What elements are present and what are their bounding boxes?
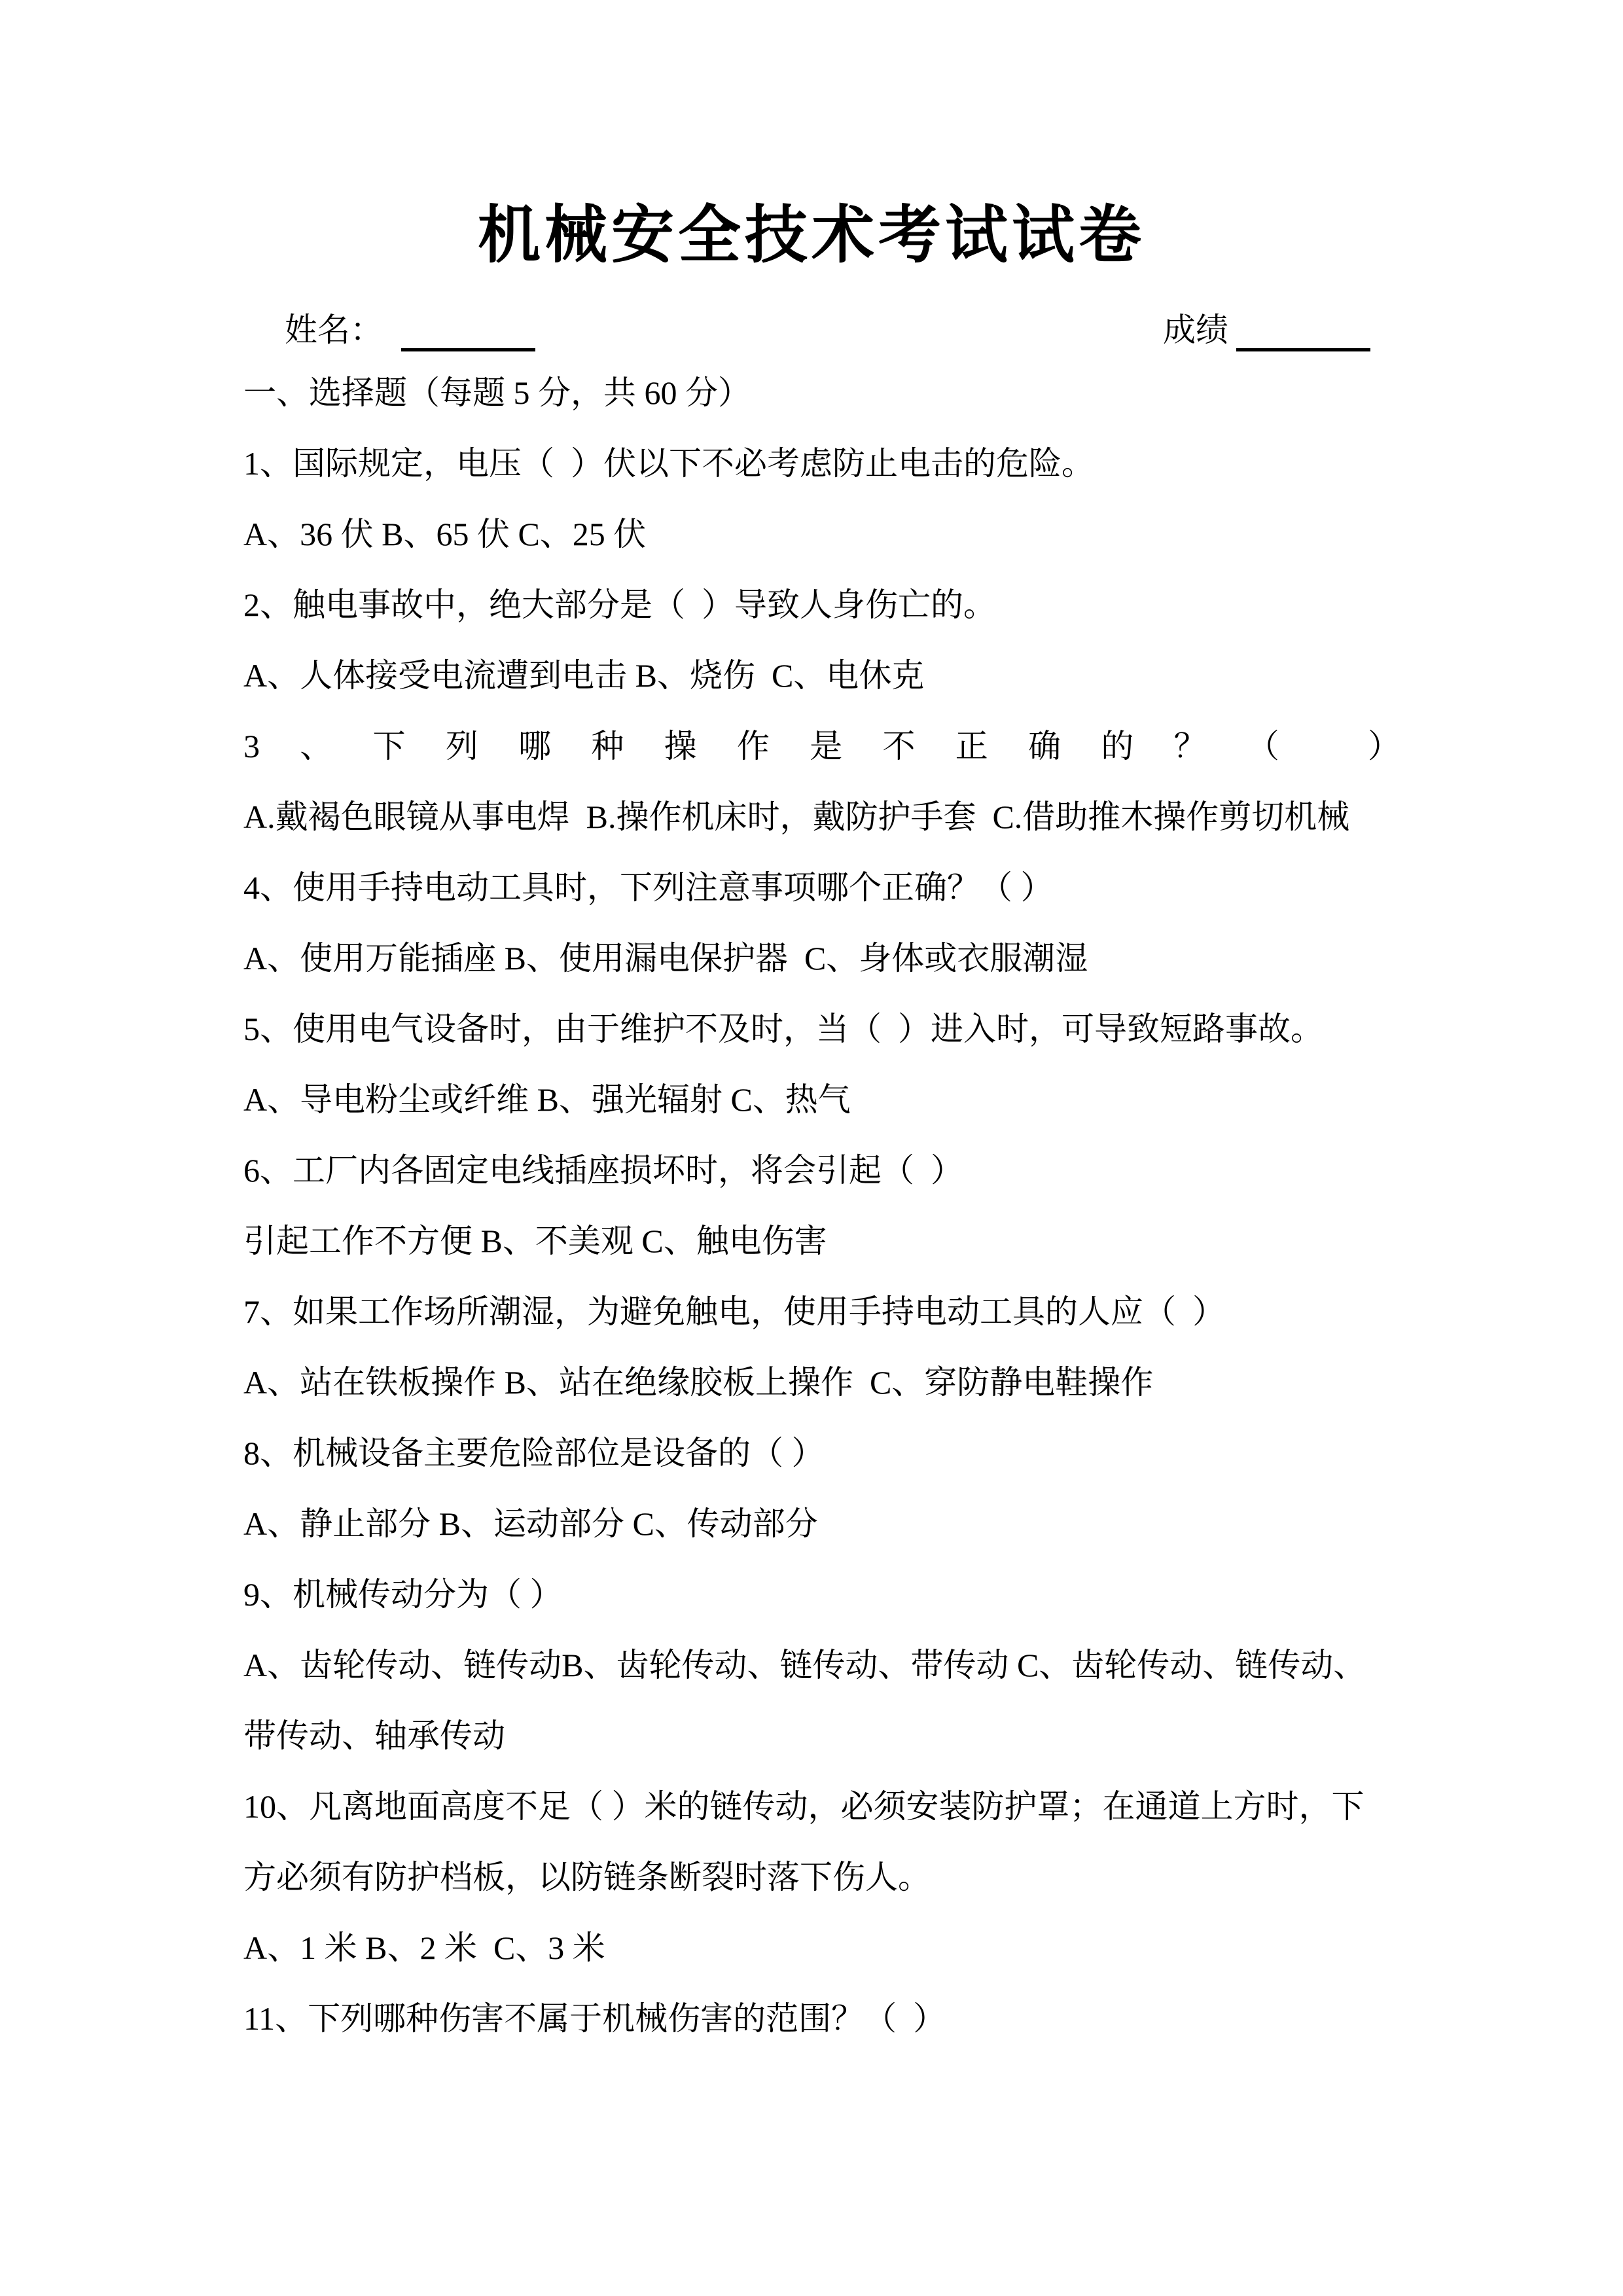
exam-line: 3、下列哪种操作是不正确的？（ ） <box>243 711 1400 781</box>
exam-line: A.戴褐色眼镜从事电焊 B.操作机床时，戴防护手套 C.借助推木操作剪切机械 <box>243 781 1400 852</box>
exam-line: 1、国际规定，电压（ ）伏以下不必考虑防止电击的危险。 <box>243 428 1400 499</box>
exam-line: 7、如果工作场所潮湿，为避免触电，使用手持电动工具的人应（ ） <box>243 1276 1400 1347</box>
exam-line: 4、使用手持电动工具时，下列注意事项哪个正确？（ ） <box>243 852 1400 923</box>
exam-line: A、1 米 B、2 米 C、3 米 <box>243 1912 1400 1983</box>
exam-line: 方必须有防护档板，以防链条断裂时落下伤人。 <box>243 1842 1400 1912</box>
exam-line: 5、使用电气设备时，由于维护不及时，当（ ）进入时，可导致短路事故。 <box>243 994 1400 1064</box>
exam-line: A、人体接受电流遭到电击 B、烧伤 C、电休克 <box>243 640 1400 711</box>
exam-line: A、站在铁板操作 B、站在绝缘胶板上操作 C、穿防静电鞋操作 <box>243 1347 1400 1418</box>
section-heading: 一、选择题（每题 5 分，共 60 分） <box>243 357 1400 428</box>
name-field-group: 姓名： <box>285 312 535 348</box>
score-blank-line <box>1236 342 1370 351</box>
exam-line: 2、触电事故中，绝大部分是（ ）导致人身伤亡的。 <box>243 569 1400 640</box>
exam-paper-page: 机械安全技术考试试卷 姓名： 成绩 一、选择题（每题 5 分，共 60 分） 1… <box>0 0 1623 2296</box>
exam-line: 引起工作不方便 B、不美观 C、触电伤害 <box>243 1206 1400 1276</box>
exam-line: A、静止部分 B、运动部分 C、传动部分 <box>243 1488 1400 1559</box>
header-row: 姓名： 成绩 <box>0 309 1623 351</box>
exam-line: A、36 伏 B、65 伏 C、25 伏 <box>243 499 1400 569</box>
exam-line: 8、机械设备主要危险部位是设备的（ ） <box>243 1418 1400 1488</box>
exam-line: 11、下列哪种伤害不属于机械伤害的范围？（ ） <box>243 1983 1400 2054</box>
exam-line: A、导电粉尘或纤维 B、强光辐射 C、热气 <box>243 1064 1400 1135</box>
exam-line: 10、凡离地面高度不足（ ）米的链传动，必须安装防护罩；在通道上方时，下 <box>243 1771 1400 1842</box>
name-label: 姓名： <box>285 312 383 348</box>
exam-line: A、使用万能插座 B、使用漏电保护器 C、身体或衣服潮湿 <box>243 923 1400 994</box>
name-blank-line <box>401 342 535 351</box>
page-title: 机械安全技术考试试卷 <box>0 203 1623 268</box>
exam-line: 带传动、轴承传动 <box>243 1700 1400 1771</box>
exam-line: A、齿轮传动、链传动B、齿轮传动、链传动、带传动 C、齿轮传动、链传动、 <box>243 1630 1400 1700</box>
score-field-group: 成绩 <box>1163 309 1370 351</box>
exam-line: 9、机械传动分为（ ） <box>243 1559 1400 1630</box>
score-label: 成绩 <box>1163 312 1228 348</box>
exam-line: 6、工厂内各固定电线插座损坏时，将会引起（ ） <box>243 1135 1400 1206</box>
questions-area: 一、选择题（每题 5 分，共 60 分） 1、国际规定，电压（ ）伏以下不必考虑… <box>0 357 1623 2054</box>
